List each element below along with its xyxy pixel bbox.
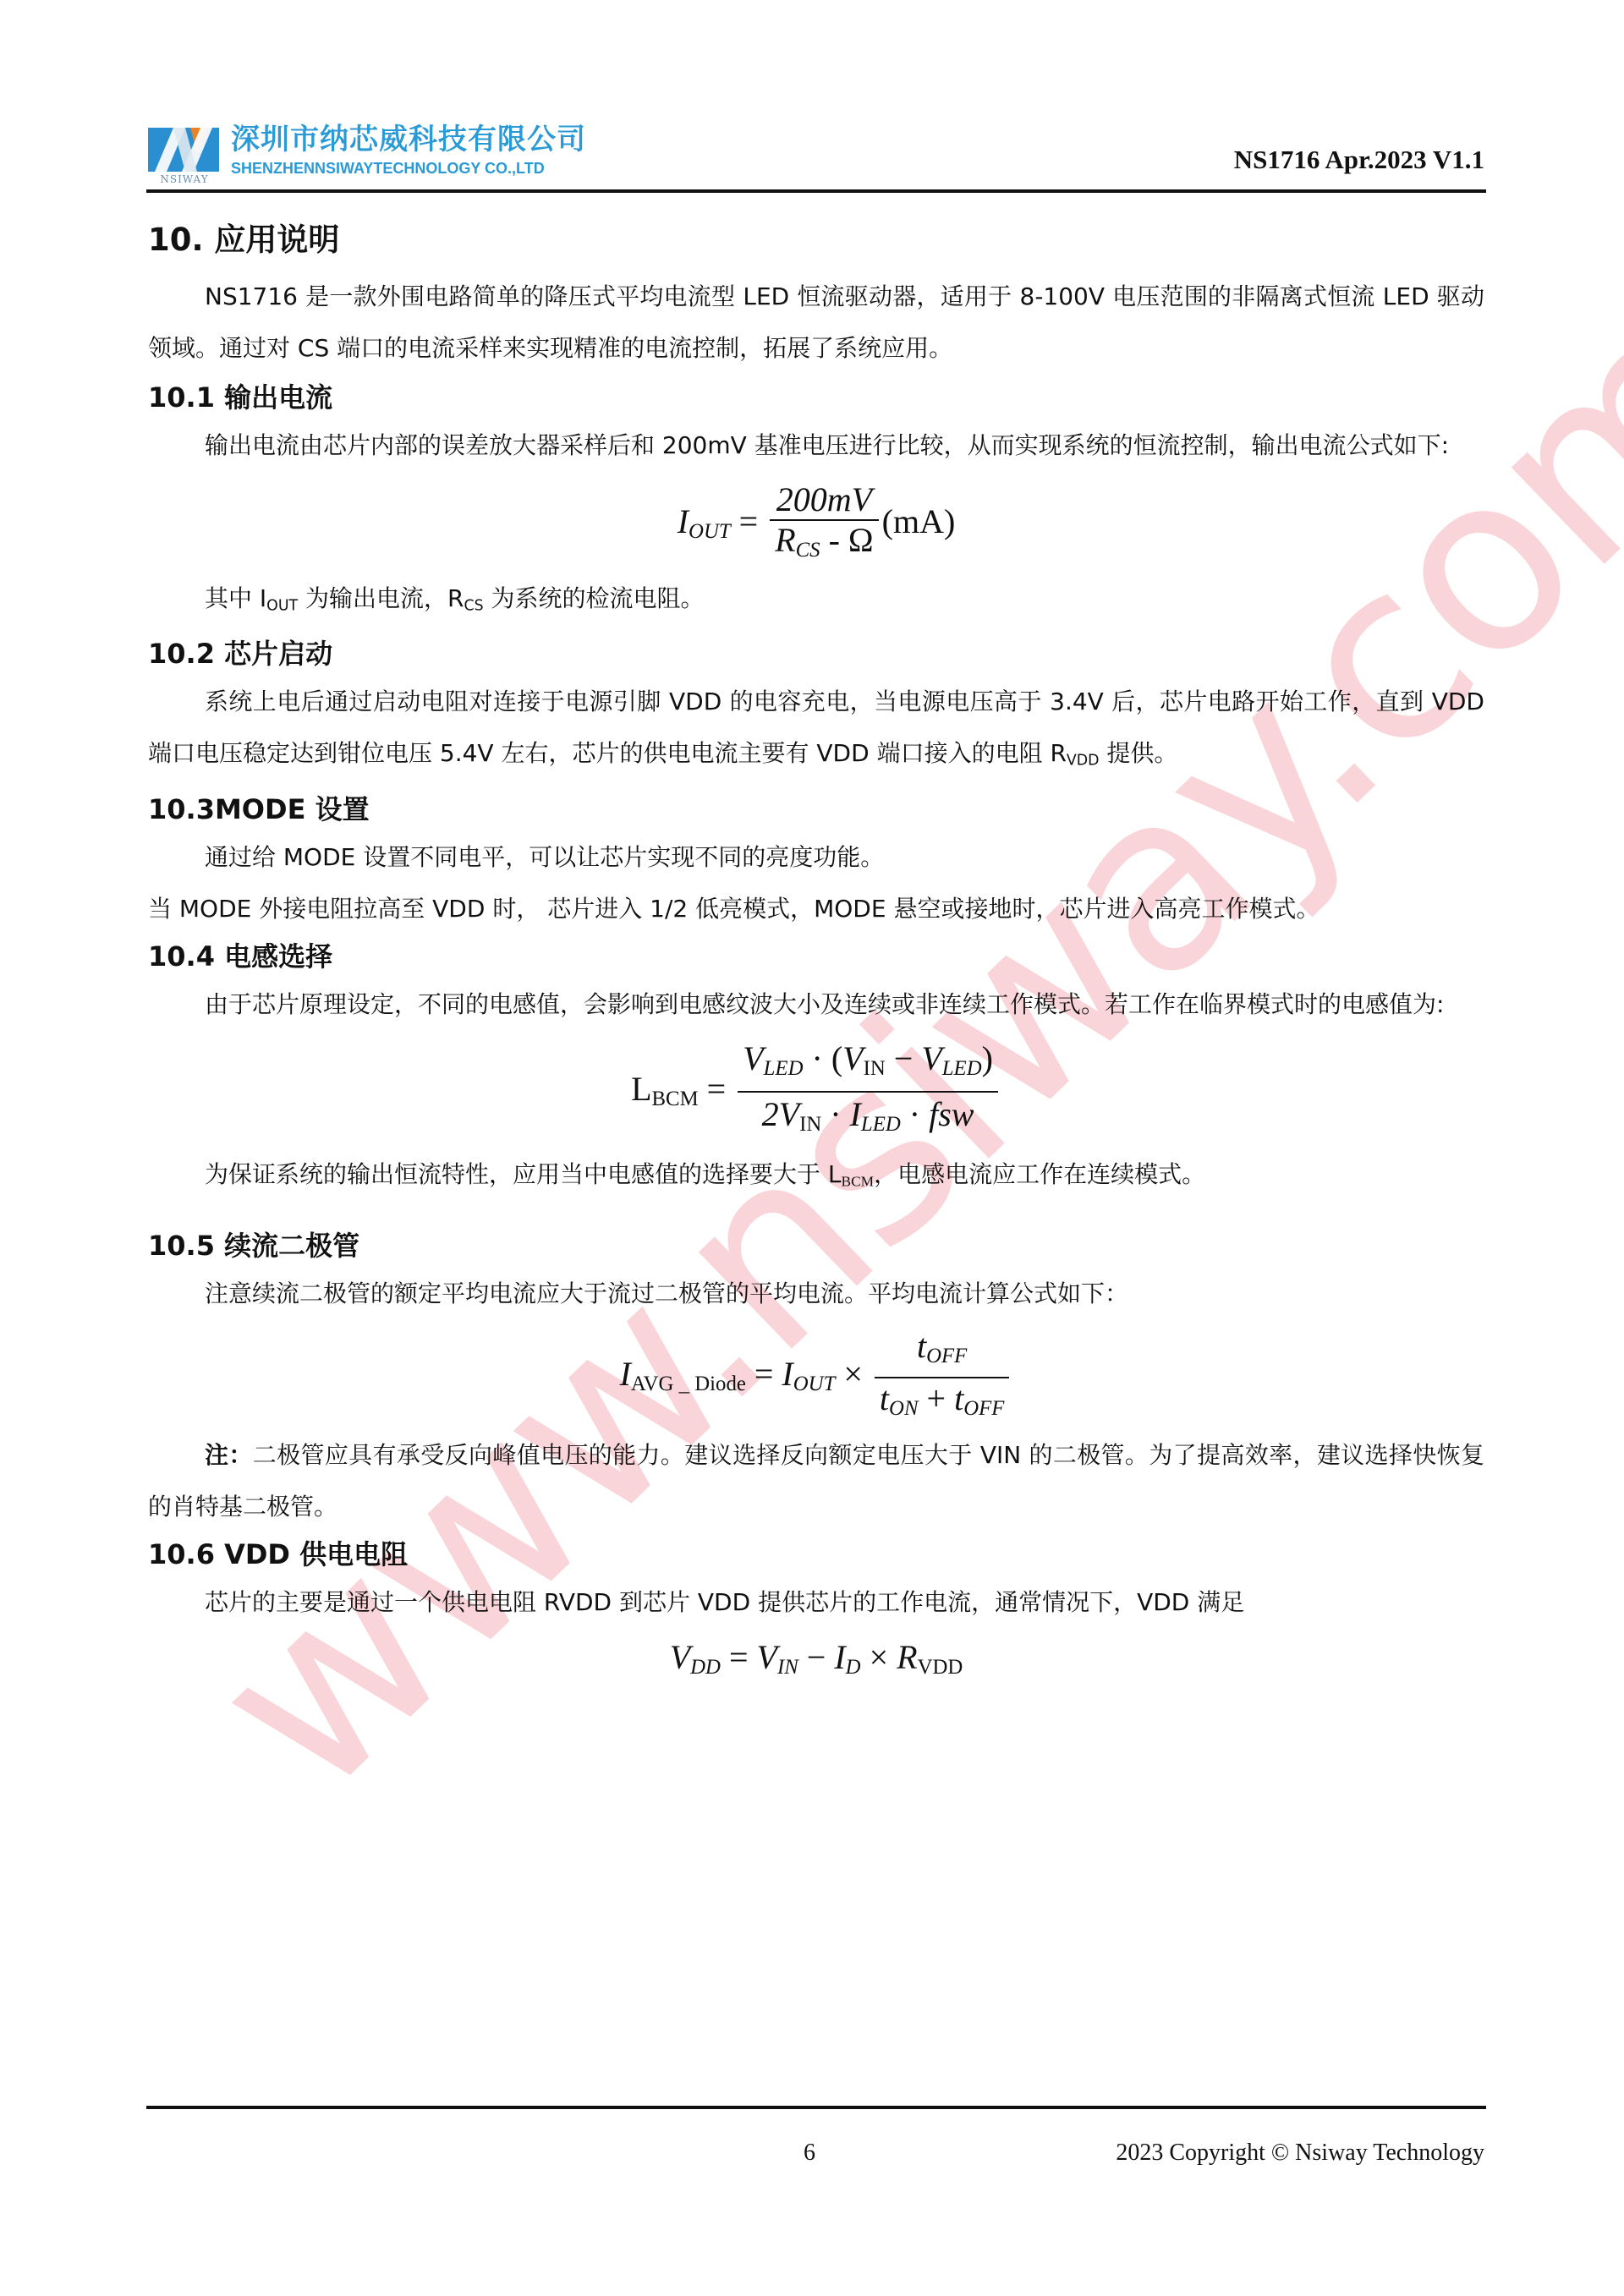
document-id: NS1716 Apr.2023 V1.1: [1234, 145, 1484, 175]
nsiway-logo-icon: [148, 128, 219, 172]
intro-paragraph: NS1716 是一款外围电路简单的降压式平均电流型 LED 恒流驱动器，适用于 …: [148, 271, 1484, 374]
section-title: 10. 应用说明: [148, 215, 1484, 266]
page-number: 6: [804, 2140, 815, 2167]
vdd-paragraph: 芯片的主要是通过一个供电电阻 RVDD 到芯片 VDD 提供芯片的工作电流，通常…: [148, 1576, 1484, 1628]
company-logo: NSIWAY: [148, 128, 221, 190]
diode-note: 注：二极管应具有承受反向峰值电压的能力。建议选择反向额定电压大于 VIN 的二极…: [148, 1429, 1484, 1532]
company-name-cn: 深圳市纳芯威科技有限公司: [231, 123, 586, 156]
header-divider: [146, 189, 1486, 193]
output-current-paragraph: 输出电流由芯片内部的误差放大器采样后和 200mV 基准电压进行比较，从而实现系…: [148, 419, 1484, 471]
subsection-title-10-5: 10.5 续流二极管: [148, 1224, 1484, 1268]
lbcm-formula: LBCM = VLED · (VIN − VLED) 2VIN · ILED ·…: [148, 1030, 1484, 1148]
iout-formula: IOUT = 200mV RCS - Ω (mA): [148, 471, 1484, 573]
subsection-title-10-4: 10.4 电感选择: [148, 934, 1484, 978]
inductor-paragraph: 由于芯片原理设定，不同的电感值，会影响到电感纹波大小及连续或非连续工作模式。若工…: [148, 978, 1484, 1030]
mode-paragraph-2: 当 MODE 外接电阻拉高至 VDD 时， 芯片进入 1/2 低亮模式，MODE…: [148, 883, 1484, 934]
vdd-formula: VDD = VIN − ID × RVDD: [148, 1628, 1484, 1687]
diode-current-formula: IAVG _ Diode = IOUT × tOFF tON + tOFF: [148, 1319, 1484, 1429]
company-name: 深圳市纳芯威科技有限公司 SHENZHENNSIWAYTECHNOLOGY CO…: [231, 123, 586, 178]
subsection-title-10-2: 10.2 芯片启动: [148, 632, 1484, 676]
page-header: NSIWAY 深圳市纳芯威科技有限公司 SHENZHENNSIWAYTECHNO…: [148, 123, 1484, 190]
footer-divider: [146, 2106, 1486, 2109]
iout-fraction: 200mV RCS - Ω: [770, 480, 878, 570]
document-body: 10. 应用说明 NS1716 是一款外围电路简单的降压式平均电流型 LED 恒…: [148, 211, 1484, 1687]
note-label: 注：: [205, 1441, 253, 1469]
lbcm-fraction: VLED · (VIN − VLED) 2VIN · ILED · fsw: [738, 1037, 998, 1147]
company-name-en: SHENZHENNSIWAYTECHNOLOGY CO.,LTD: [231, 158, 586, 178]
subsection-title-10-1: 10.1 输出电流: [148, 375, 1484, 419]
subsection-title-10-3: 10.3MODE 设置: [148, 787, 1484, 831]
datasheet-page: www.nsiway.com.cn NSIWAY 深圳市纳芯威科技有限公司 SH…: [0, 0, 1624, 2296]
iout-note: 其中 IOUT 为输出电流，RCS 为系统的检流电阻。: [148, 573, 1484, 632]
copyright-notice: 2023 Copyright © Nsiway Technology: [1116, 2140, 1484, 2167]
diode-paragraph: 注意续流二极管的额定平均电流应大于流过二极管的平均电流。平均电流计算公式如下：: [148, 1268, 1484, 1319]
logo-wordmark: NSIWAY: [148, 173, 221, 185]
inductor-conclusion: 为保证系统的输出恒流特性，应用当中电感值的选择要大于 LBCM，电感电流应工作在…: [148, 1148, 1484, 1207]
mode-paragraph-1: 通过给 MODE 设置不同电平，可以让芯片实现不同的亮度功能。: [148, 831, 1484, 883]
subsection-title-10-6: 10.6 VDD 供电电阻: [148, 1532, 1484, 1576]
startup-paragraph: 系统上电后通过启动电阻对连接于电源引脚 VDD 的电容充电，当电源电压高于 3.…: [148, 676, 1484, 786]
duty-fraction: tOFF tON + tOFF: [875, 1326, 1009, 1429]
